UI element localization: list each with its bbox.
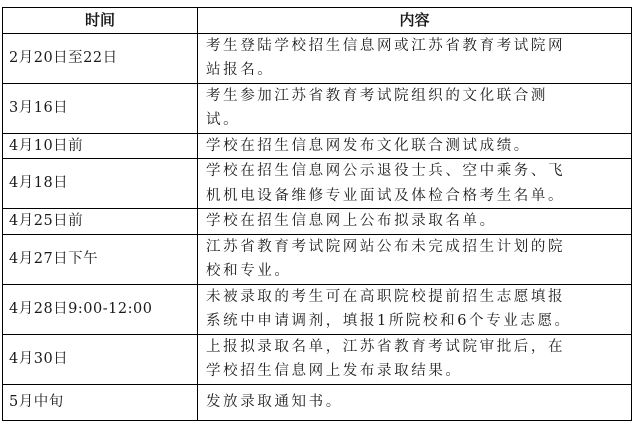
content-cell: 发放录取通知书。 (198, 384, 632, 420)
table-row: 4月25日前 学校在招生信息网上公布拟录取名单。 (3, 209, 632, 235)
table-row: 3月16日 考生参加江苏省教育考试院组织的文化联合测 试。 (3, 83, 632, 133)
time-cell: 5月中旬 (3, 384, 198, 420)
content-line: 系统中申请调剂，填报1所院校和6个专业志愿。 (206, 309, 625, 334)
content-cell: 学校在招生信息网上公布拟录取名单。 (198, 209, 632, 235)
content-line: 校和专业。 (206, 259, 625, 284)
time-cell: 4月28日9:00-12:00 (3, 284, 198, 334)
time-cell: 4月27日下午 (3, 234, 198, 284)
content-cell: 上报拟录取名单，江苏省教育考试院审批后，在 学校招生信息网上发布录取结果。 (198, 334, 632, 384)
header-time: 时间 (3, 8, 198, 34)
table-row: 4月28日9:00-12:00 未被录取的考生可在高职院校提前招生志愿填报 系统… (3, 284, 632, 334)
table-header-row: 时间 内容 (3, 8, 632, 34)
content-line: 江苏省教育考试院网站公布未完成招生计划的院 (206, 235, 625, 260)
content-line: 试。 (206, 108, 625, 133)
table-row: 2月20日至22日 考生登陆学校招生信息网或江苏省教育考试院网 站报名。 (3, 33, 632, 83)
content-line: 学校在招生信息网发布文化联合测试成绩。 (206, 134, 625, 159)
table-row: 4月18日 学校在招生信息网公示退役士兵、空中乘务、飞 机机电设备维修专业面试及… (3, 159, 632, 209)
content-line: 考生登陆学校招生信息网或江苏省教育考试院网 (206, 34, 625, 59)
time-cell: 4月25日前 (3, 209, 198, 235)
content-line: 站报名。 (206, 58, 625, 83)
content-cell: 未被录取的考生可在高职院校提前招生志愿填报 系统中申请调剂，填报1所院校和6个专… (198, 284, 632, 334)
content-line: 学校在招生信息网公示退役士兵、空中乘务、飞 (206, 159, 625, 184)
content-line: 考生参加江苏省教育考试院组织的文化联合测 (206, 84, 625, 109)
time-cell: 4月18日 (3, 159, 198, 209)
time-cell: 4月10日前 (3, 133, 198, 159)
content-line: 机机电设备维修专业面试及体检合格考生名单。 (206, 184, 625, 209)
table-row: 4月27日下午 江苏省教育考试院网站公布未完成招生计划的院 校和专业。 (3, 234, 632, 284)
time-cell: 2月20日至22日 (3, 33, 198, 83)
table-row: 4月30日 上报拟录取名单，江苏省教育考试院审批后，在 学校招生信息网上发布录取… (3, 334, 632, 384)
table-row: 5月中旬 发放录取通知书。 (3, 384, 632, 420)
content-line: 学校招生信息网上发布录取结果。 (206, 359, 625, 384)
content-line: 未被录取的考生可在高职院校提前招生志愿填报 (206, 285, 625, 310)
content-cell: 学校在招生信息网公示退役士兵、空中乘务、飞 机机电设备维修专业面试及体检合格考生… (198, 159, 632, 209)
content-cell: 考生登陆学校招生信息网或江苏省教育考试院网 站报名。 (198, 33, 632, 83)
content-line: 发放录取通知书。 (206, 390, 625, 415)
admission-schedule-table: 时间 内容 2月20日至22日 考生登陆学校招生信息网或江苏省教育考试院网 站报… (2, 7, 632, 421)
header-content: 内容 (198, 8, 632, 34)
time-cell: 3月16日 (3, 83, 198, 133)
time-cell: 4月30日 (3, 334, 198, 384)
content-cell: 学校在招生信息网发布文化联合测试成绩。 (198, 133, 632, 159)
content-cell: 江苏省教育考试院网站公布未完成招生计划的院 校和专业。 (198, 234, 632, 284)
table-row: 4月10日前 学校在招生信息网发布文化联合测试成绩。 (3, 133, 632, 159)
content-cell: 考生参加江苏省教育考试院组织的文化联合测 试。 (198, 83, 632, 133)
content-line: 学校在招生信息网上公布拟录取名单。 (206, 209, 625, 234)
content-line: 上报拟录取名单，江苏省教育考试院审批后，在 (206, 335, 625, 360)
